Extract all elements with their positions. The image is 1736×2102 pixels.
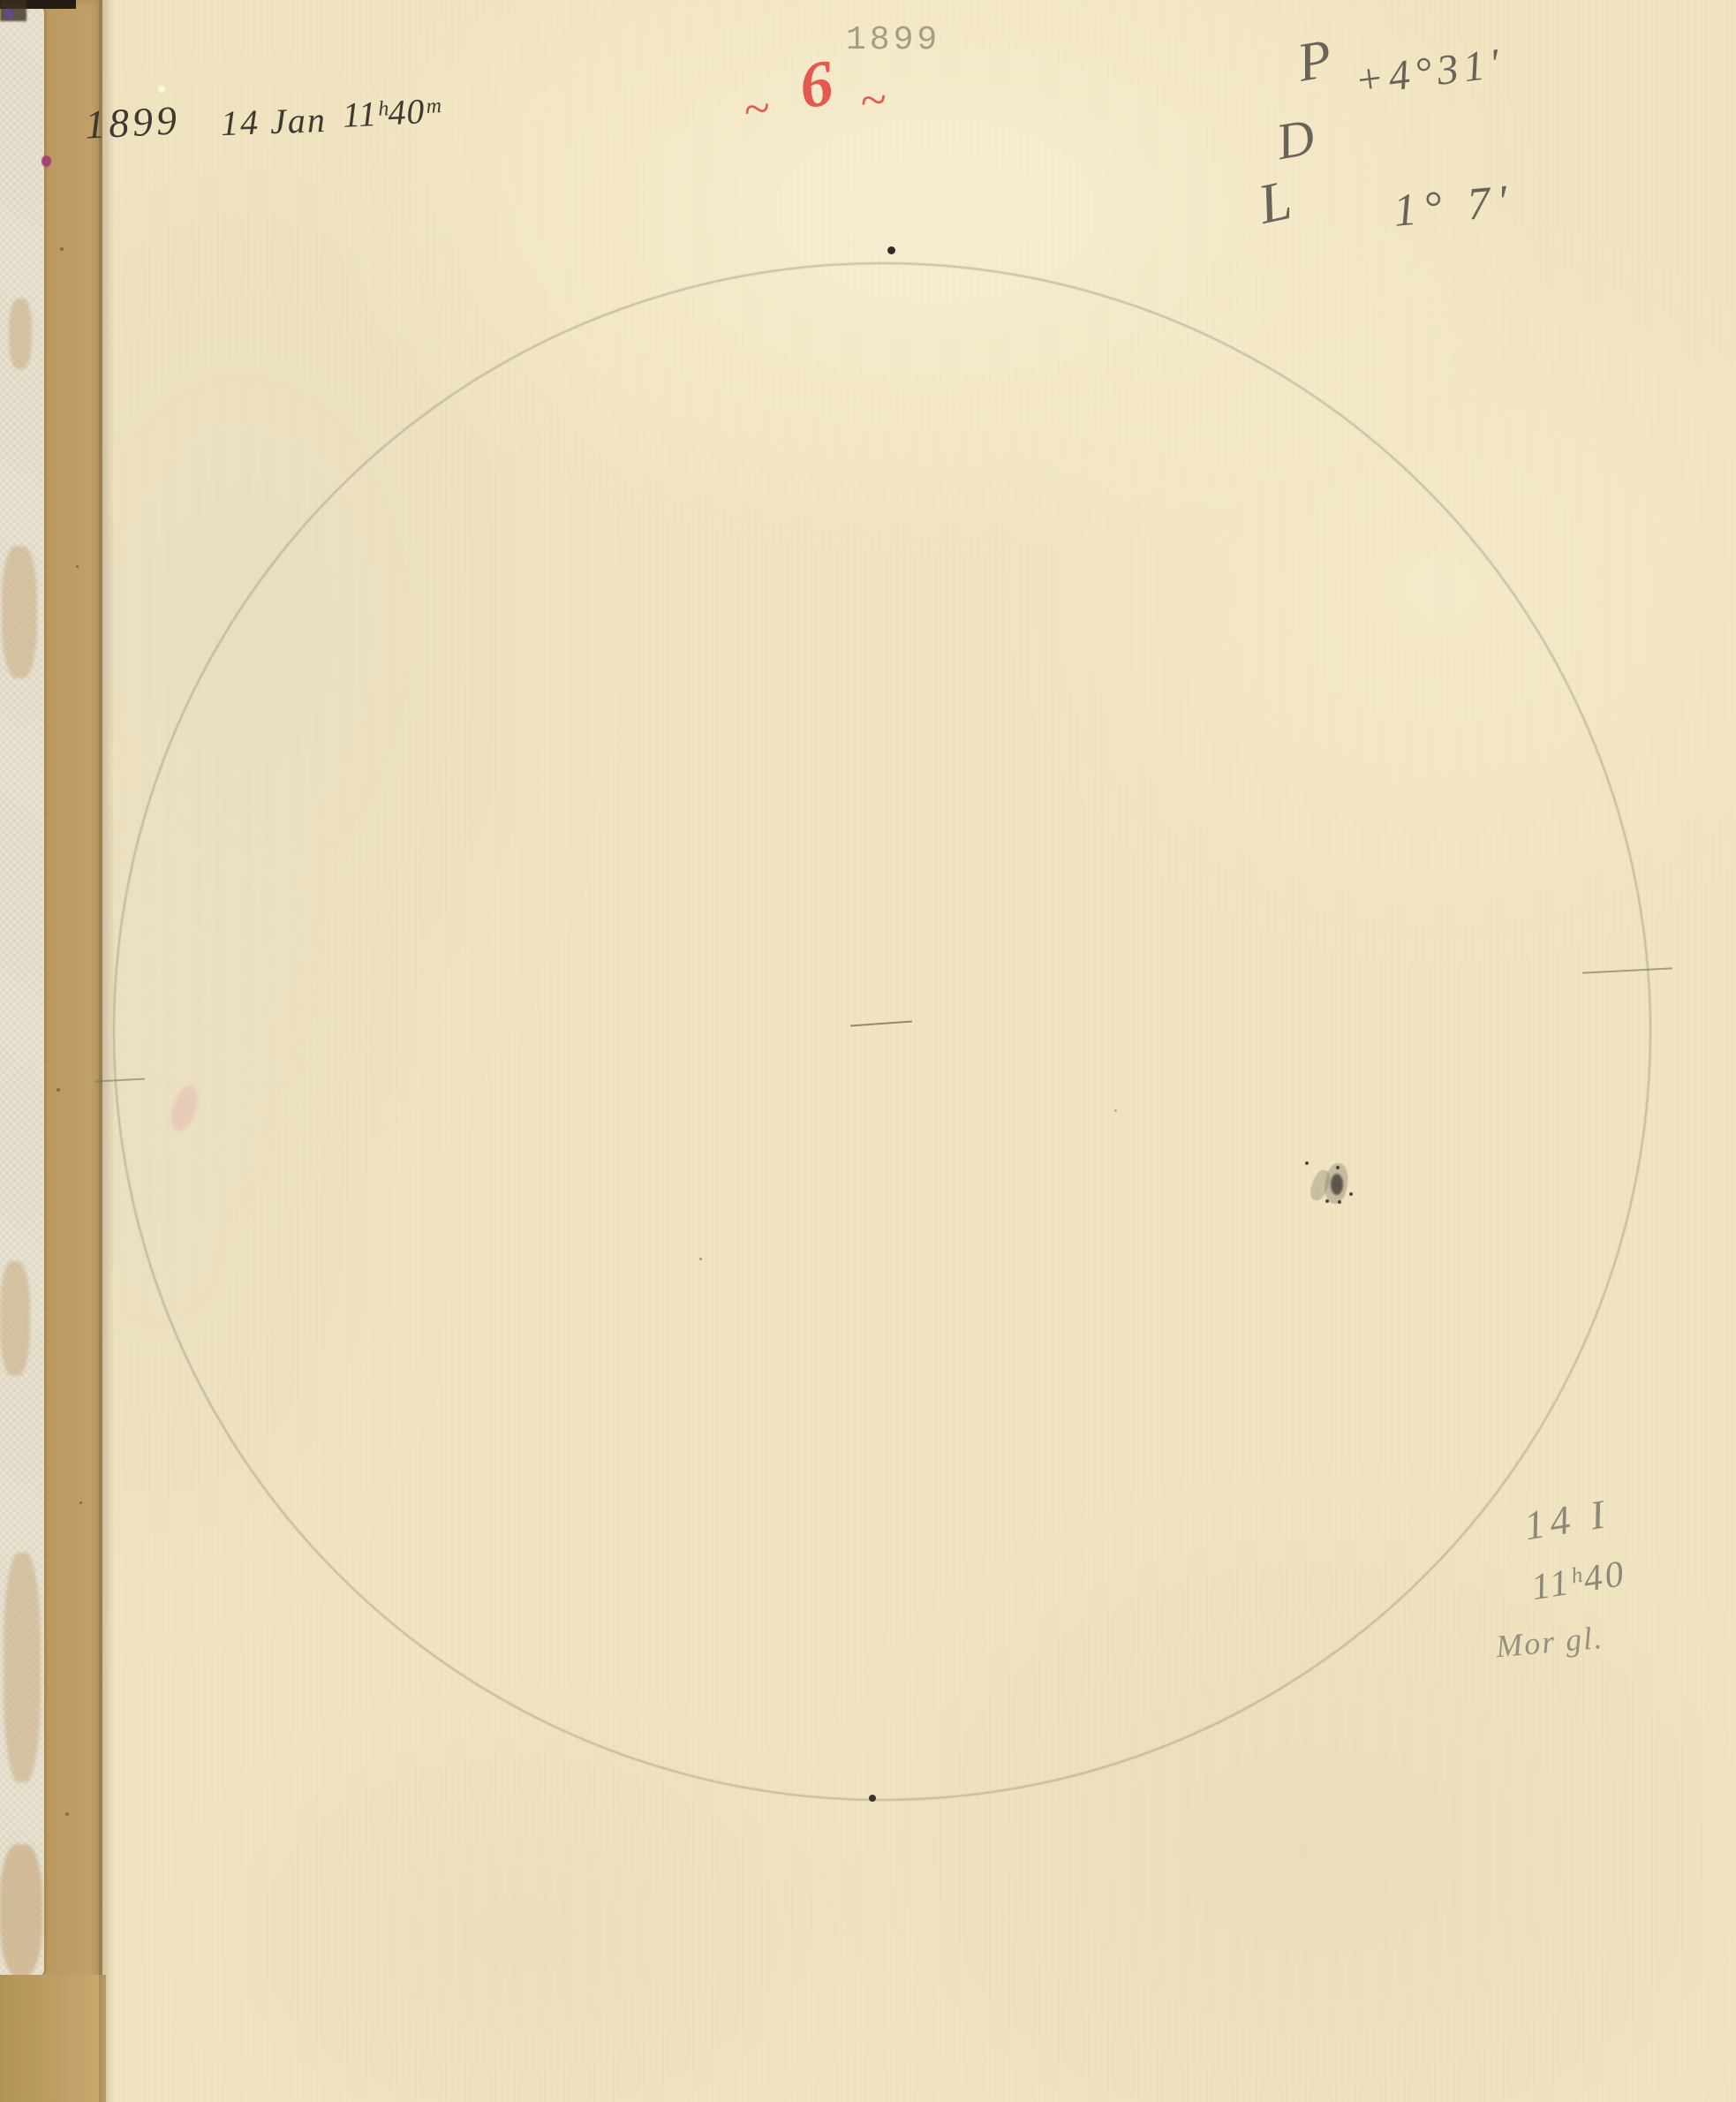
- paper-patch: [0, 1844, 42, 1977]
- ink-dot-top: [887, 246, 895, 254]
- binding-speck: [65, 1812, 69, 1816]
- page-number-red: ~ 6 ~: [743, 51, 938, 131]
- handwritten-year: 1899: [84, 96, 182, 148]
- paper-patch: [9, 299, 32, 369]
- binding-bottom-flood: [0, 1975, 106, 2102]
- paper-speck: [1114, 1109, 1117, 1112]
- page-number-digit: 6: [795, 46, 837, 125]
- ink-blot-magenta: [42, 155, 51, 167]
- binding-speck: [60, 247, 64, 251]
- sunspot-speck: [1349, 1192, 1353, 1196]
- l-value: 1° 7′: [1392, 175, 1517, 238]
- page-number-dash-right: ~: [858, 72, 887, 128]
- paper-patch: [2, 546, 37, 678]
- page-number-dash-left: ~: [741, 80, 773, 138]
- binding-speck: [57, 1088, 60, 1092]
- observation-sheet: 1899 14 Jan 11ʰ40ᵐ 1899 ~ 6 ~ P +4°31′ D…: [0, 0, 1736, 2102]
- binding-speck: [76, 565, 79, 568]
- sunspot-group: [1303, 1155, 1365, 1212]
- ink-dot-bottom: [869, 1795, 876, 1802]
- binding-speck: [79, 1501, 82, 1504]
- sunspot-speck: [1305, 1161, 1309, 1165]
- torn-paper-edge: [0, 7, 44, 1977]
- handwritten-date: 14 Jan: [220, 99, 327, 144]
- sunspot-umbra: [1331, 1174, 1343, 1195]
- sunspot-speck: [1338, 1200, 1341, 1204]
- sunspot-speck: [1336, 1166, 1340, 1169]
- paper-patch: [0, 1261, 30, 1376]
- handwritten-time: 11ʰ40ᵐ: [342, 89, 442, 136]
- paper-speck: [158, 86, 165, 93]
- sunspot-speck: [1325, 1199, 1329, 1203]
- binding-dark-corner-shade: [0, 0, 26, 21]
- paper-patch: [4, 1553, 41, 1782]
- ink-blot-purple: [4, 9, 13, 19]
- paper-speck: [699, 1258, 702, 1260]
- solar-disk-outline: [113, 262, 1651, 1801]
